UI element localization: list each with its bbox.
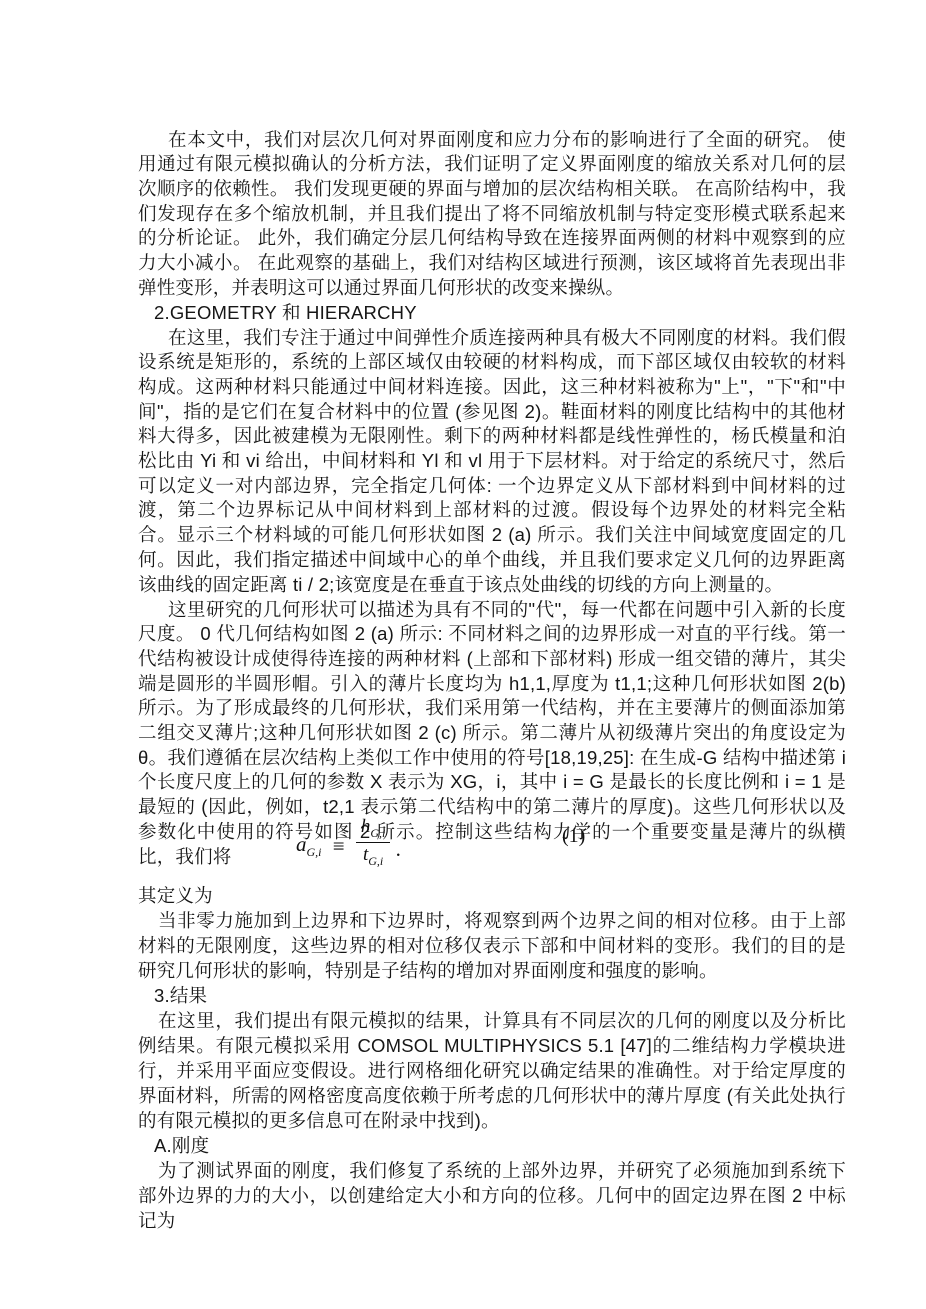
equation-numerator: hG,i	[356, 816, 391, 843]
section3-paragraph: 在这里，我们提出有限元模拟的结果，计算具有不同层次的几何的刚度以及分析比例结果。…	[138, 1008, 846, 1133]
equation-lhs-subscript: G,i	[307, 845, 322, 859]
equation-formula: aG,i ≡ hG,i tG,i .	[296, 816, 401, 869]
section2-heading: 2.GEOMETRY 和 HIERARCHY	[138, 301, 846, 326]
abstract-paragraph: 在本文中，我们对层次几何对界面刚度和应力分布的影响进行了全面的研究。 使用通过有…	[138, 128, 846, 301]
document-page: 在本文中，我们对层次几何对界面刚度和应力分布的影响进行了全面的研究。 使用通过有…	[0, 0, 926, 1309]
displacement-paragraph: 当非零力施加到上边界和下边界时，将观察到两个边界之间的相对位移。由于上部材料的无…	[138, 908, 846, 983]
equiv-symbol: ≡	[333, 834, 345, 859]
defined-as-line: 其定义为	[138, 883, 846, 908]
equation-number: (1)	[562, 825, 585, 848]
equation-numerator-symbol: h	[361, 816, 371, 837]
equation-denominator: tG,i	[356, 843, 391, 869]
equation-lhs: aG,i	[296, 832, 322, 860]
equation-period: .	[396, 837, 401, 862]
equation-fraction: hG,i tG,i	[356, 816, 391, 869]
equation-denominator-subscript: G,i	[368, 854, 383, 868]
section3-heading: 3.结果	[138, 983, 846, 1008]
subsectionA-paragraph: 为了测试界面的刚度，我们修复了系统的上部外边界，并研究了必须施加到系统下部外边界…	[138, 1158, 846, 1233]
subsectionA-heading: A.刚度	[138, 1133, 846, 1158]
section2-paragraph-1: 在这里，我们专注于通过中间弹性介质连接两种具有极大不同刚度的材料。我们假设系统是…	[138, 326, 846, 598]
equation-numerator-subscript: G,i	[370, 826, 385, 840]
equation-1: aG,i ≡ hG,i tG,i . (1)	[138, 812, 846, 870]
equation-lhs-symbol: a	[296, 832, 307, 856]
